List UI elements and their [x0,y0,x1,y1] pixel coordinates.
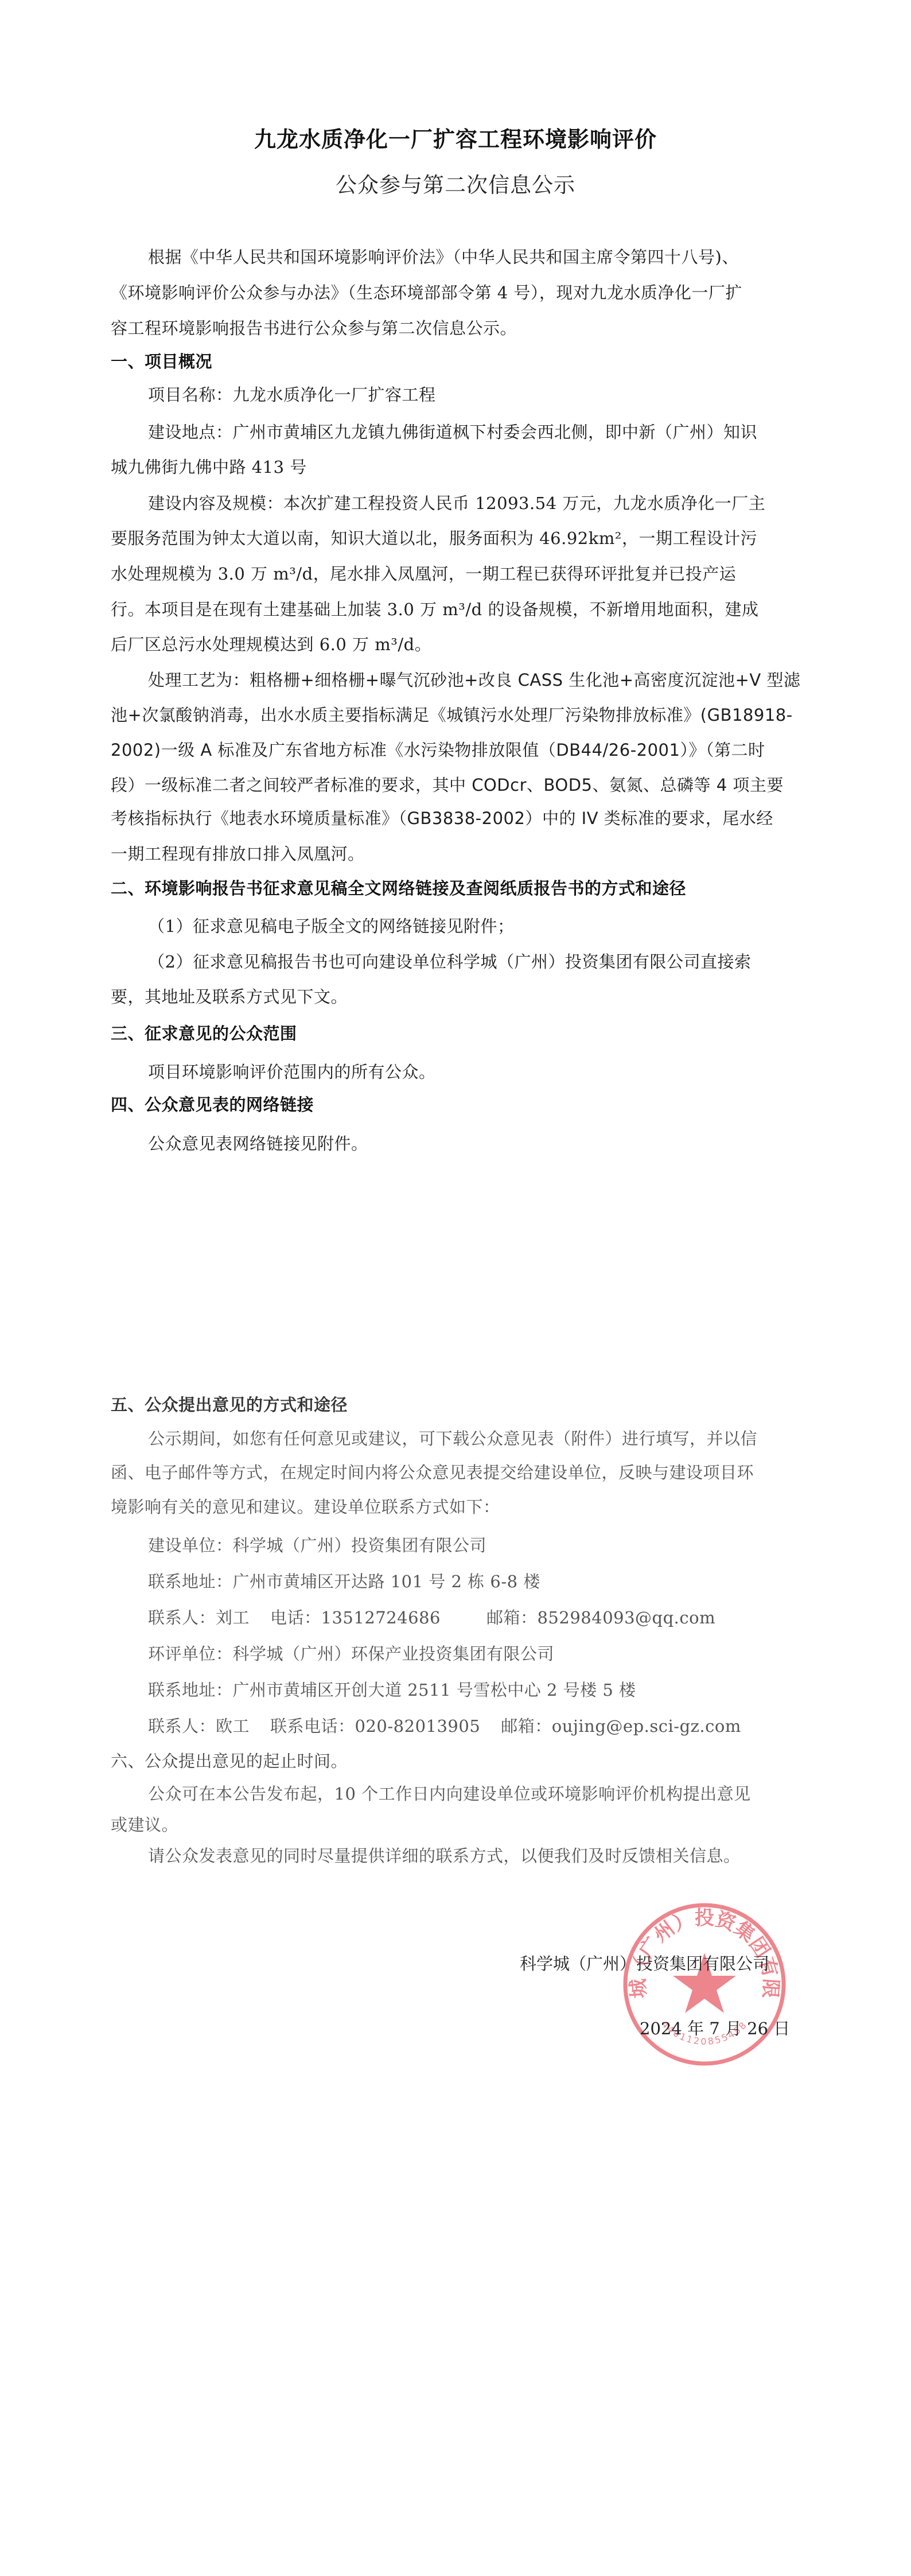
section-3-heading: 三、征求意见的公众范围 [111,1022,805,1045]
project-location-2: 城九佛街九佛中路 413 号 [111,456,805,479]
evaluator-contact-row: 联系人：欧工联系电话：020-82013905邮箱：oujing@ep.sci-… [148,1715,805,1738]
section-2-heading: 二、环境影响报告书征求意见稿全文网络链接及查阅纸质报告书的方式和途径 [111,877,805,900]
builder-address: 联系地址：广州市黄埔区开达路 101 号 2 栋 6-8 楼 [148,1570,805,1593]
project-scale-2: 要服务范围为钟太大道以南，知识大道以北，服务面积为 46.92km²，一期工程设… [111,527,805,550]
signature-date: 2024 年 7 月 26 日 [640,2016,790,2039]
section-5-body-2: 函、电子邮件等方式，在规定时间内将公众意见表提交给建设单位，反映与建设项目环 [111,1461,805,1484]
section-3-body: 项目环境影响评价范围内的所有公众。 [148,1060,805,1083]
evaluator-contact: 联系人：欧工 [148,1716,250,1736]
intro-line-2: 《环境影响评价公众参与办法》（生态环境部部令第 4 号），现对九龙水质净化一厂扩 [111,281,805,304]
builder-contact-row: 联系人：刘工电话：13512724686邮箱：852984093@qq.com [148,1606,805,1629]
company-seal-icon: 科学城（广州）投资集团有限公司 4401120855458 [618,1898,791,2070]
project-scale-5: 后厂区总污水处理规模达到 6.0 万 m³/d。 [111,633,805,656]
intro-line-1: 根据《中华人民共和国环境影响评价法》（中华人民共和国主席令第四十八号)、 [148,246,805,269]
section-1-heading: 一、项目概况 [111,350,805,373]
builder-email[interactable]: 邮箱：852984093@qq.com [486,1608,715,1627]
section-5-heading: 五、公众提出意见的方式和途径 [111,1393,805,1416]
process-line-6: 一期工程现有排放口排入凤凰河。 [111,842,805,865]
section-2-item-2-cont: 要，其地址及联系方式见下文。 [111,985,805,1008]
project-name: 项目名称：九龙水质净化一厂扩容工程 [148,383,805,406]
section-5-body-3: 境影响有关的意见和建议。建设单位联系方式如下： [111,1495,805,1518]
project-scale-3: 水处理规模为 3.0 万 m³/d，尾水排入凤凰河，一期工程已获得环评批复并已投… [111,562,805,585]
document-subtitle: 公众参与第二次信息公示 [0,168,911,199]
evaluator-phone: 联系电话：020-82013905 [270,1716,480,1736]
section-6-body-1: 公众可在本公告发布起，10 个工作日内向建设单位或环境影响评价机构提出意见 [148,1782,805,1805]
process-line-3: 2002)一级 A 标准及广东省地方标准《水污染物排放限值（DB44/26-20… [111,739,805,761]
builder-contact: 联系人：刘工 [148,1608,250,1627]
section-6-body-3: 请公众发表意见的同时尽量提供详细的联系方式，以便我们及时反馈相关信息。 [148,1844,805,1867]
project-scale-4: 行。本项目是在现有土建基础上加装 3.0 万 m³/d 的设备规模，不新增用地面… [111,598,805,621]
document-title: 九龙水质净化一厂扩容工程环境影响评价 [0,122,911,153]
section-6-body-2: 或建议。 [111,1813,805,1836]
process-line-4: 段）一级标准二者之间较严者标准的要求，其中 CODcr、BOD5、氨氮、总磷等 … [111,774,805,796]
section-6-heading: 六、公众提出意见的起止时间。 [111,1750,805,1773]
process-line-2: 池+次氯酸钠消毒，出水水质主要指标满足《城镇污水处理厂污染物排放标准》(GB18… [111,704,805,726]
process-line-5: 考核指标执行《地表水环境质量标准》（GB3838-2002）中的 IV 类标准的… [111,807,805,830]
section-2-item-2: （2）征求意见稿报告书也可向建设单位科学城（广州）投资集团有限公司直接索 [148,950,805,973]
intro-line-3: 容工程环境影响报告书进行公众参与第二次信息公示。 [111,317,805,340]
section-4-body: 公众意见表网络链接见附件。 [148,1132,805,1155]
process-line-1: 处理工艺为：粗格栅+细格栅+曝气沉砂池+改良 CASS 生化池+高密度沉淀池+V… [148,669,805,691]
evaluator-unit: 环评单位：科学城（广州）环保产业投资集团有限公司 [148,1642,805,1665]
document-page: 九龙水质净化一厂扩容工程环境影响评价 公众参与第二次信息公示 根据《中华人民共和… [0,0,911,2576]
section-4-heading: 四、公众意见表的网络链接 [111,1093,805,1116]
evaluator-address: 联系地址：广州市黄埔区开创大道 2511 号雪松中心 2 号楼 5 楼 [148,1679,805,1701]
evaluator-email[interactable]: 邮箱：oujing@ep.sci-gz.com [501,1716,741,1736]
section-2-item-1: （1）征求意见稿电子版全文的网络链接见附件； [148,915,805,938]
section-5-body-1: 公示期间，如您有任何意见或建议，可下载公众意见表（附件）进行填写，并以信 [148,1427,805,1450]
project-scale-1: 建设内容及规模：本次扩建工程投资人民币 12093.54 万元，九龙水质净化一厂… [148,492,805,515]
project-location-1: 建设地点：广州市黄埔区九龙镇九佛街道枫下村委会西北侧，即中新（广州）知识 [148,421,805,444]
builder-phone: 电话：13512724686 [270,1608,441,1627]
signature-company: 科学城（广州）投资集团有限公司 [520,1951,769,1975]
builder-unit: 建设单位：科学城（广州）投资集团有限公司 [148,1534,805,1557]
